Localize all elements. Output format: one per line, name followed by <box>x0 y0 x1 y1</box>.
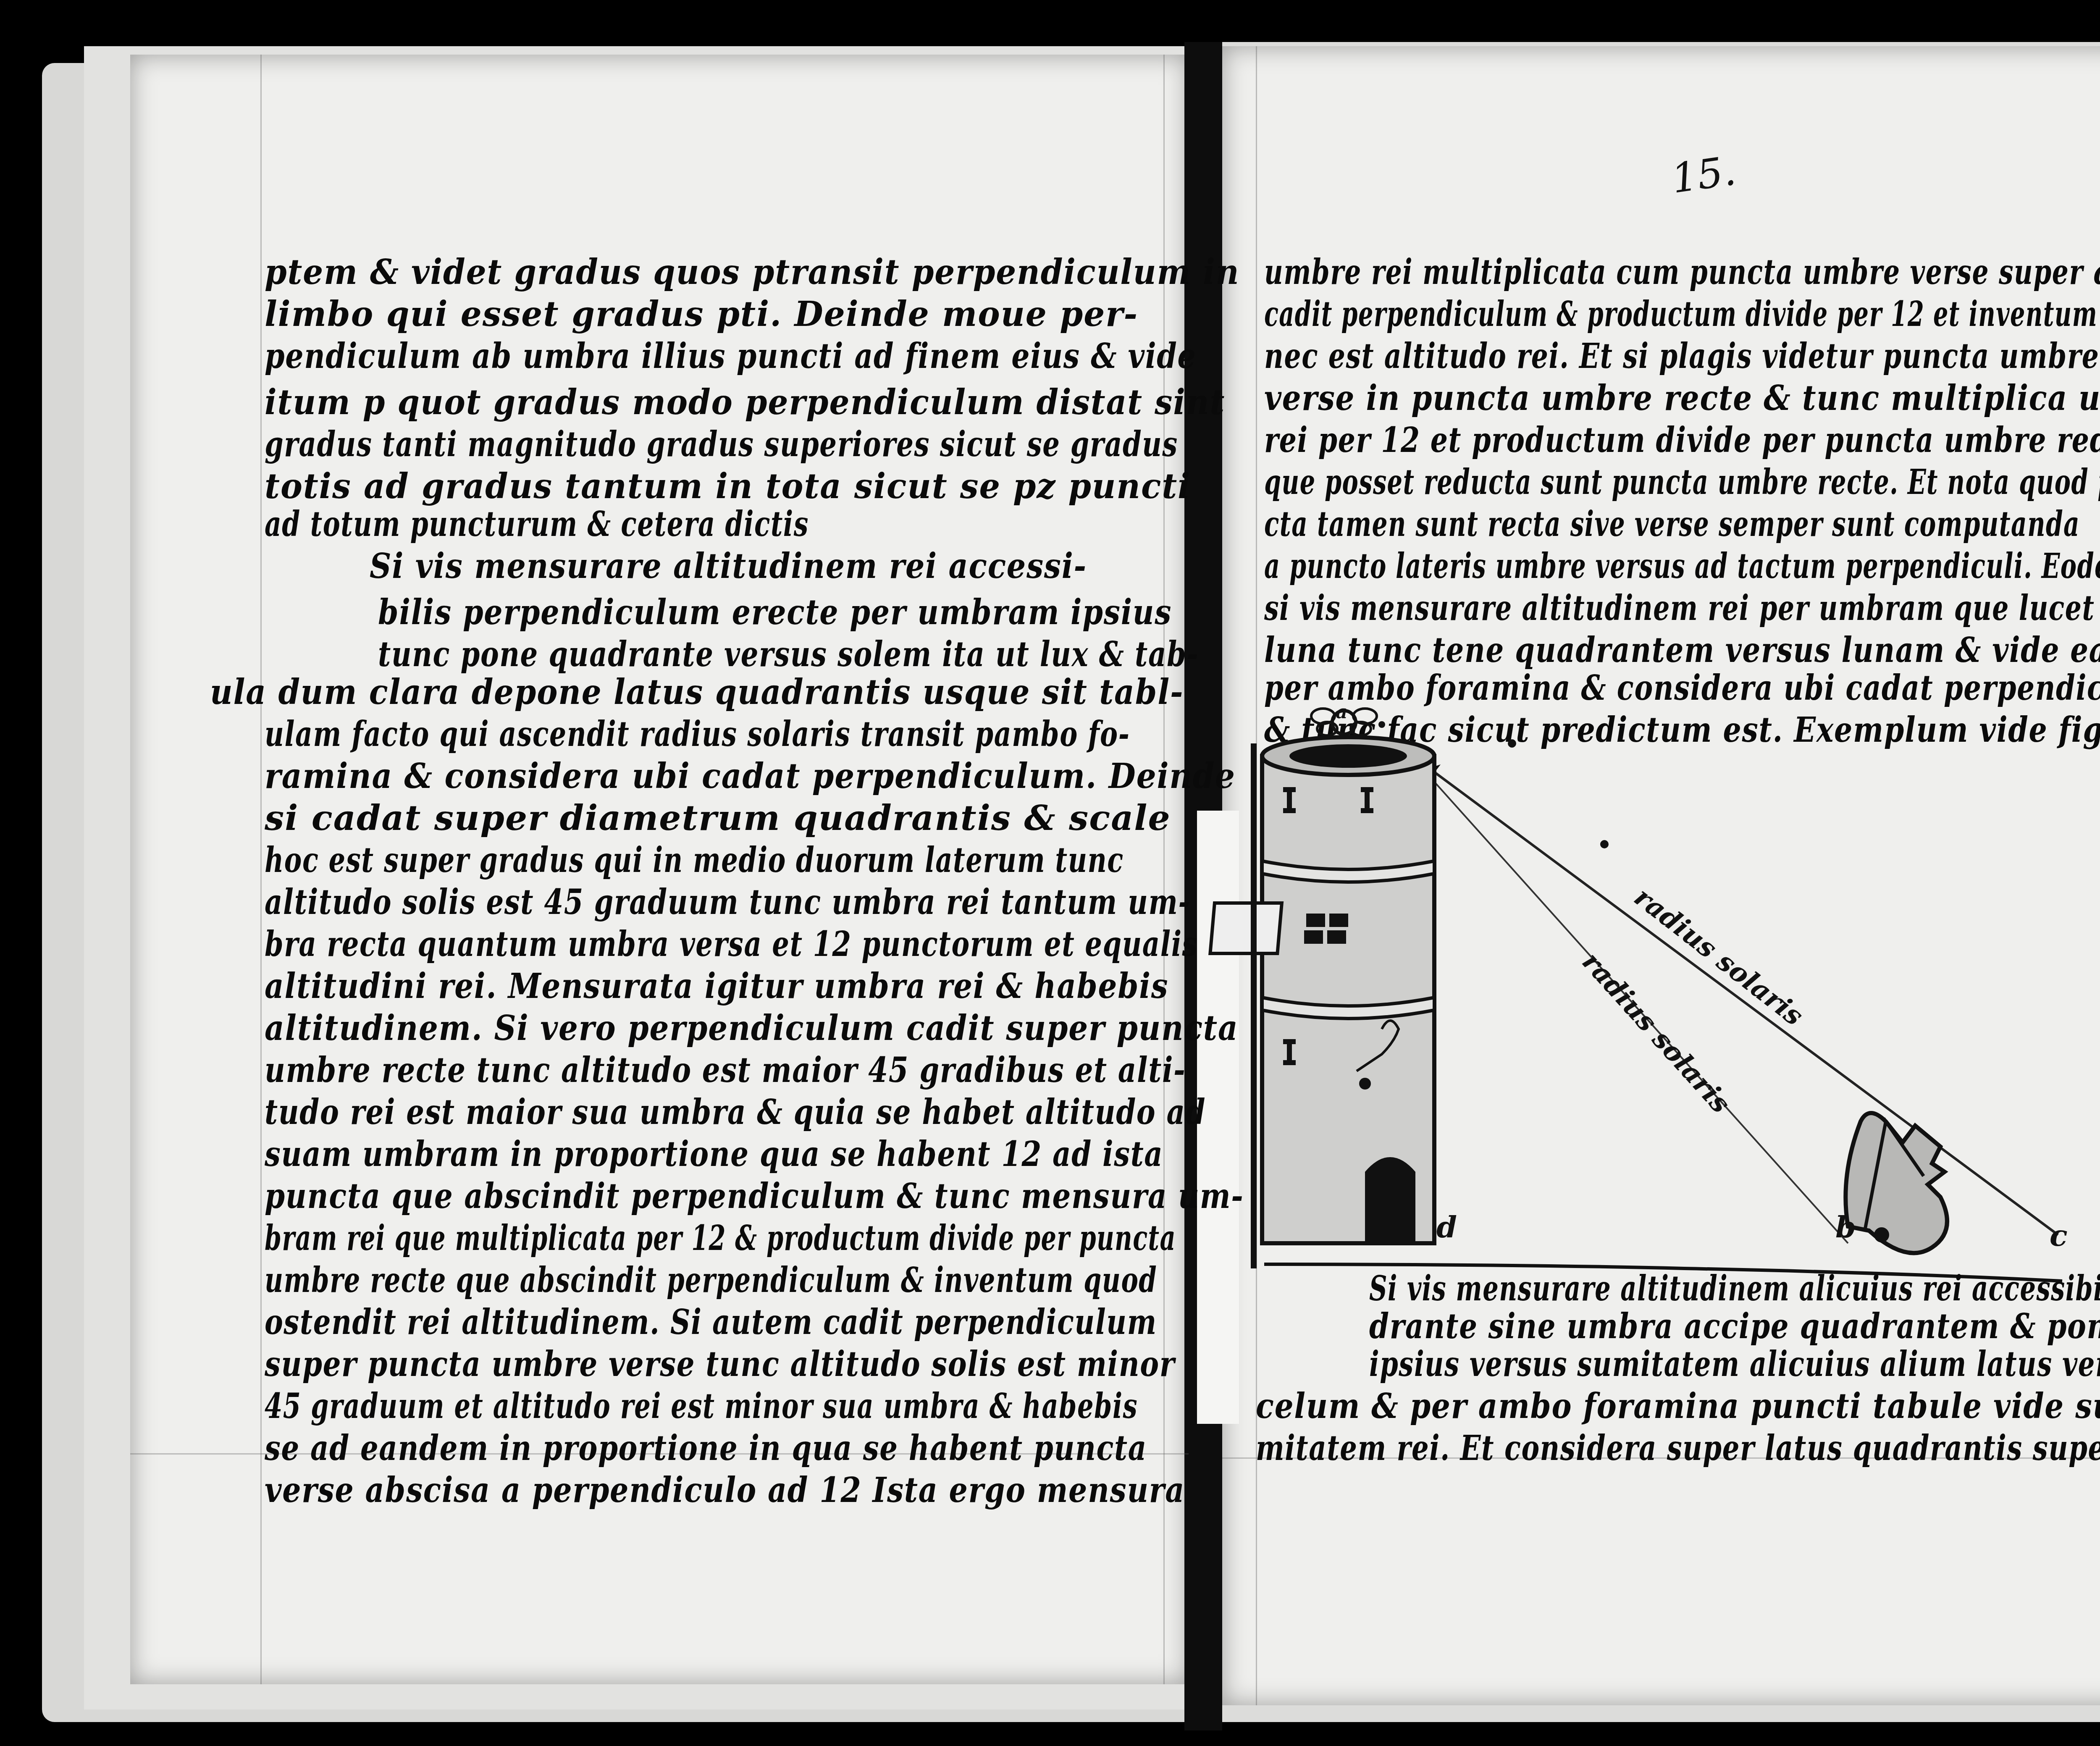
letter-c: c <box>2050 1218 2068 1253</box>
rosette-icon <box>1311 709 1385 735</box>
letter-b: b <box>1835 1210 1856 1245</box>
text-line: Si vis mensurare altitudinem alicuius re… <box>1369 1268 2100 1309</box>
text-line: ipsius versus sumitatem alicuius alium l… <box>1369 1344 2100 1384</box>
letter-a: a <box>1336 701 1348 723</box>
text-line: mitatem rei. Et considera super latus qu… <box>1256 1428 2100 1468</box>
tower-drawing <box>1210 737 1434 1268</box>
sun-ray-upper <box>1407 752 2058 1235</box>
text-line: celum & per ambo foramina puncti tabule … <box>1256 1386 2100 1426</box>
quadrant-instrument <box>1845 1113 1947 1253</box>
letter-d: d <box>1436 1210 1457 1245</box>
text-line: drante sine umbra accipe quadrantem & po… <box>1369 1306 2100 1347</box>
tower-diagram <box>0 0 2100 1746</box>
